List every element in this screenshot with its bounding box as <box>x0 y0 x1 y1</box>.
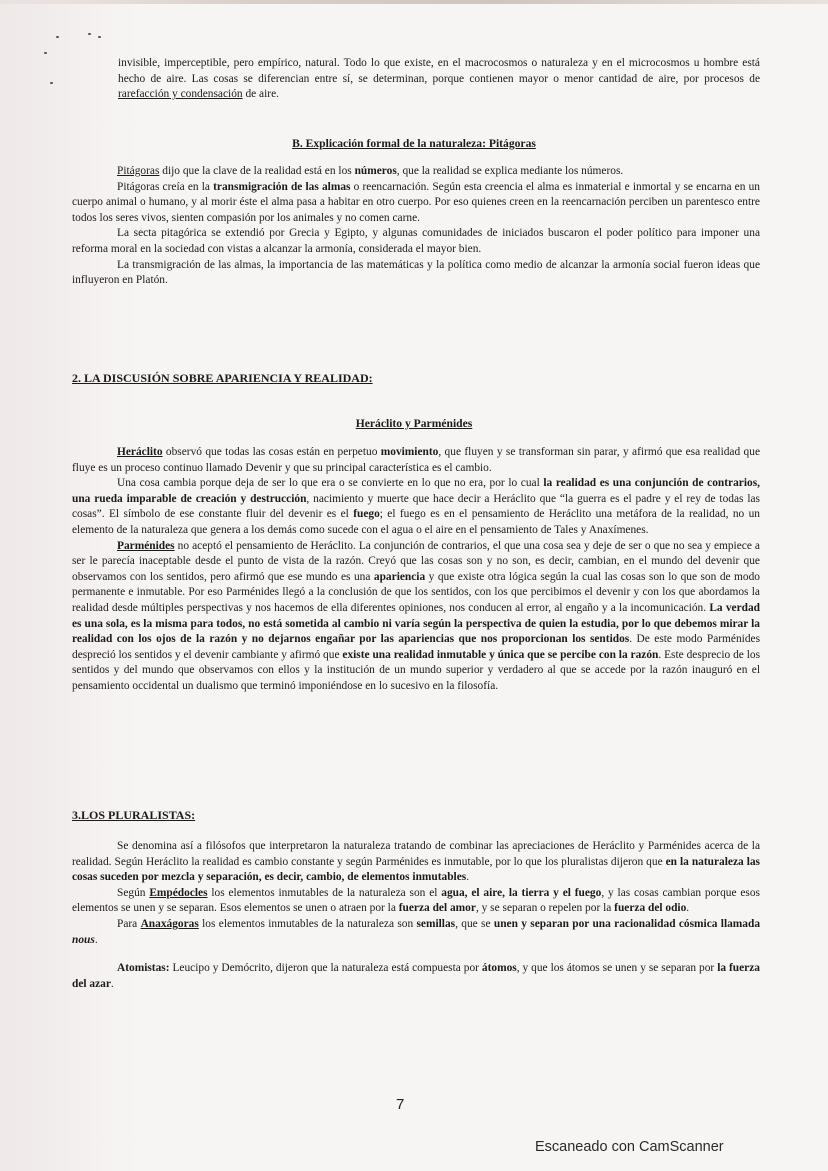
paragraph: Heráclito observó que todas las cosas es… <box>72 445 760 476</box>
bold-term: números <box>355 165 397 177</box>
section-2-body: Heráclito observó que todas las cosas es… <box>72 445 760 695</box>
text: . <box>686 902 689 914</box>
text: Una cosa cambia porque deja de ser lo qu… <box>117 477 543 489</box>
text: los elementos inmutables de la naturalez… <box>208 887 442 899</box>
bold-term: movimiento <box>381 446 439 458</box>
text: los elementos inmutables de la naturalez… <box>199 918 417 930</box>
paragraph: Una cosa cambia porque deja de ser lo qu… <box>72 476 760 538</box>
italic-term: nous <box>72 934 95 946</box>
underlined-term: rarefacción y condensación <box>118 88 243 100</box>
paragraph: La transmigración de las almas, la impor… <box>72 258 760 289</box>
scan-speck <box>98 36 101 38</box>
intro-paragraph: invisible, imperceptible, pero empírico,… <box>118 56 760 103</box>
text: invisible, imperceptible, pero empírico,… <box>118 57 760 85</box>
bold-term: Atomistas: <box>117 962 170 974</box>
paragraph: Parménides no aceptó el pensamiento de H… <box>72 539 760 695</box>
section-b-body: Pitágoras dijo que la clave de la realid… <box>72 164 760 289</box>
page-number: 7 <box>396 1096 404 1113</box>
text: , y se separan o repelen por la <box>476 902 614 914</box>
scan-speck <box>88 33 91 35</box>
bold-term: semillas <box>417 918 456 930</box>
scan-speck <box>56 36 59 38</box>
bold-term: existe una realidad inmutable y única qu… <box>342 649 658 661</box>
paragraph: Para Anaxágoras los elementos inmutables… <box>72 917 760 948</box>
text: Según <box>117 887 149 899</box>
bold-term: fuerza del odio <box>614 902 686 914</box>
section-b-heading: B. Explicación formal de la naturaleza: … <box>0 137 828 150</box>
paragraph: Se denomina así a filósofos que interpre… <box>72 839 760 886</box>
intro-section: invisible, imperceptible, pero empírico,… <box>118 56 760 103</box>
underlined-term: Parménides <box>117 540 175 552</box>
text: dijo que la clave de la realidad está en… <box>159 165 354 177</box>
text: Pitágoras creía en la <box>117 181 213 193</box>
bold-term: átomos <box>482 962 517 974</box>
paragraph: Según Empédocles los elementos inmutable… <box>72 886 760 917</box>
bold-term: unen y separan por una racionalidad cósm… <box>494 918 760 930</box>
text: , y que los átomos se unen y se separan … <box>517 962 717 974</box>
bold-term: transmigración de las almas <box>213 181 350 193</box>
paragraph: La secta pitagórica se extendió por Grec… <box>72 226 760 257</box>
section-3-body: Se denomina así a filósofos que interpre… <box>72 839 760 992</box>
text: Para <box>117 918 141 930</box>
scan-speck <box>44 52 47 54</box>
text: . <box>466 871 469 883</box>
paragraph: Atomistas: Leucipo y Demócrito, dijeron … <box>72 961 760 992</box>
paragraph: Pitágoras creía en la transmigración de … <box>72 180 760 227</box>
text: , que se <box>455 918 494 930</box>
text: . <box>95 934 98 946</box>
section-2-heading: 2. LA DISCUSIÓN SOBRE APARIENCIA Y REALI… <box>72 371 373 386</box>
underlined-term: Pitágoras <box>117 165 159 177</box>
bold-term: apariencia <box>374 571 425 583</box>
bold-term: fuego <box>353 508 380 520</box>
bold-term: fuerza del amor <box>399 902 476 914</box>
text: observó que todas las cosas están en per… <box>163 446 381 458</box>
text: de aire. <box>243 88 279 100</box>
bold-term: agua, el aire, la tierra y el fuego <box>441 887 601 899</box>
scanner-watermark: Escaneado con CamScanner <box>535 1139 724 1155</box>
text: . <box>111 978 114 990</box>
underlined-term: Anaxágoras <box>141 918 199 930</box>
section-2-subheading: Heráclito y Parménides <box>0 417 828 430</box>
scan-speck <box>50 82 53 84</box>
paragraph: Pitágoras dijo que la clave de la realid… <box>72 164 760 180</box>
underlined-term: Empédocles <box>149 887 207 899</box>
section-3-heading: 3.LOS PLURALISTAS: <box>72 808 195 823</box>
text: , que la realidad se explica mediante lo… <box>397 165 623 177</box>
text: Leucipo y Demócrito, dijeron que la natu… <box>170 962 482 974</box>
text: Se denomina así a filósofos que interpre… <box>72 840 760 868</box>
underlined-term: Heráclito <box>117 446 163 458</box>
